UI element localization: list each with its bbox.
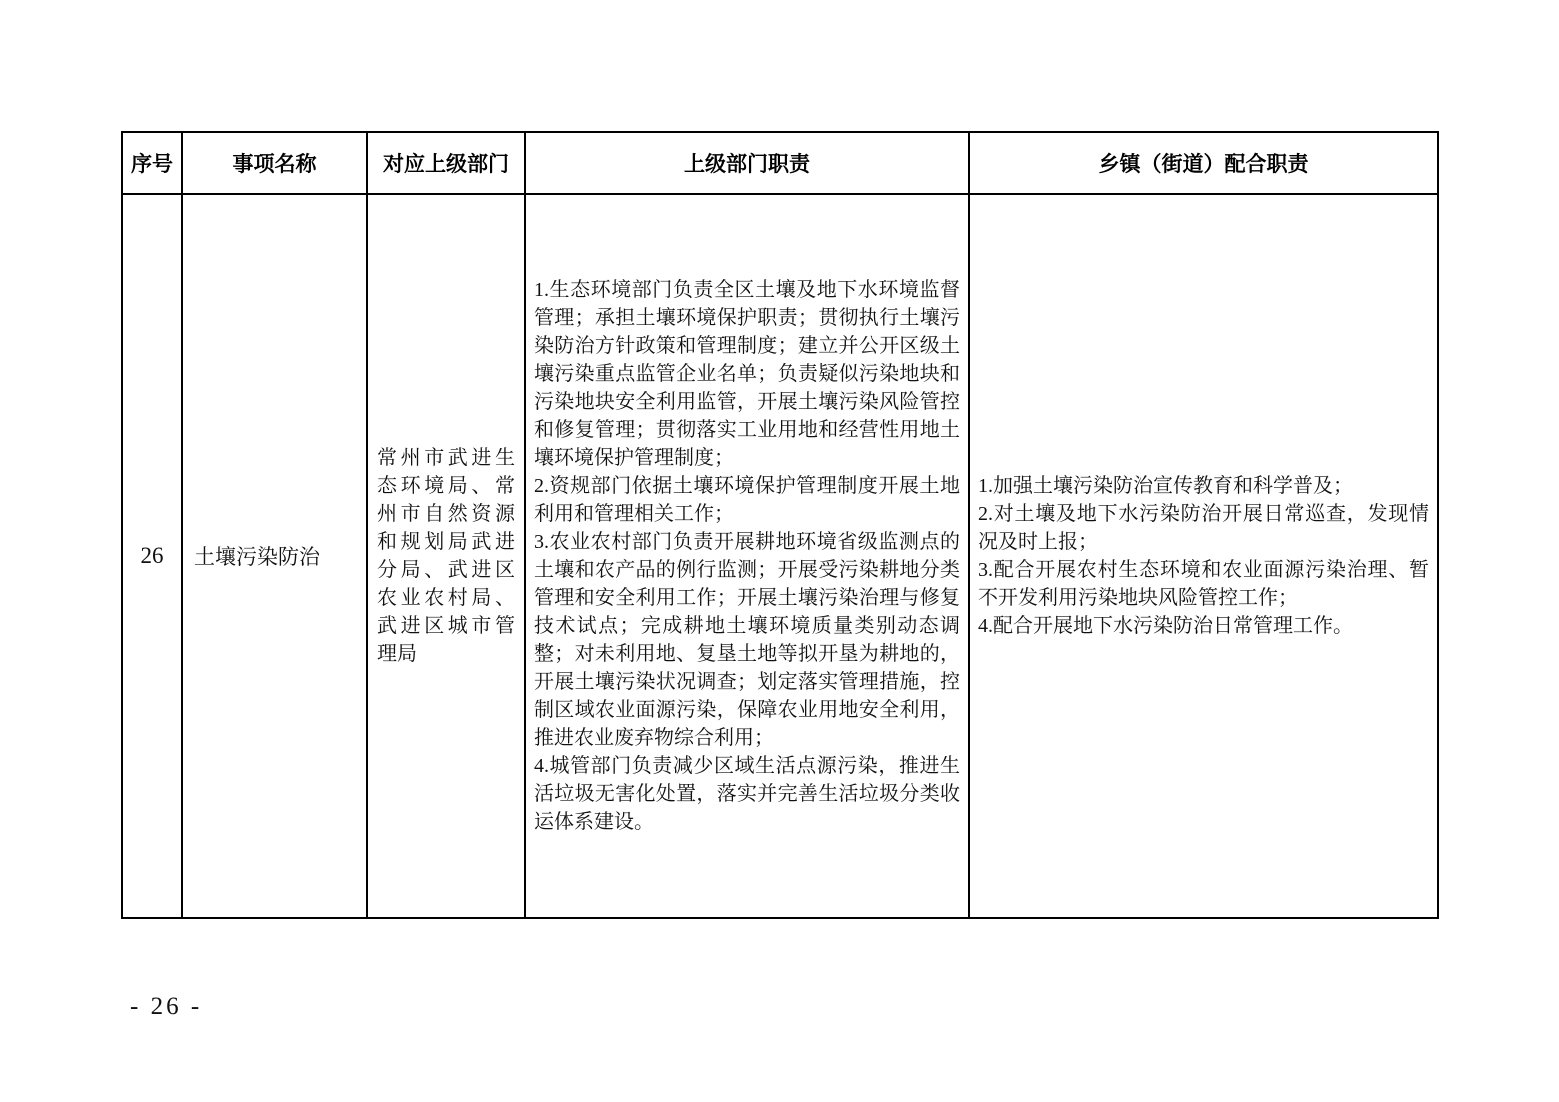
header-superior-department: 对应上级部门 — [367, 132, 525, 194]
responsibility-table: 序号 事项名称 对应上级部门 上级部门职责 乡镇（街道）配合职责 26 土壤污染… — [121, 131, 1439, 919]
row-superior-departments: 常州市武进生态环境局、常州市自然资源和规划局武进分局、武进区农业农村局、武进区城… — [367, 194, 525, 918]
header-superior-duties: 上级部门职责 — [525, 132, 969, 194]
header-item-name: 事项名称 — [182, 132, 367, 194]
header-township-duties: 乡镇（街道）配合职责 — [969, 132, 1438, 194]
row-township-duties: 1.加强土壤污染防治宣传教育和科学普及； 2.对土壤及地下水污染防治开展日常巡查… — [969, 194, 1438, 918]
row-item-name: 土壤污染防治 — [182, 194, 367, 918]
table-row: 26 土壤污染防治 常州市武进生态环境局、常州市自然资源和规划局武进分局、武进区… — [122, 194, 1438, 918]
table-header-row: 序号 事项名称 对应上级部门 上级部门职责 乡镇（街道）配合职责 — [122, 132, 1438, 194]
row-index: 26 — [122, 194, 182, 918]
row-superior-duties: 1.生态环境部门负责全区土壤及地下水环境监督管理；承担土壤环境保护职责；贯彻执行… — [525, 194, 969, 918]
page-number: - 26 - — [130, 993, 202, 1021]
header-index: 序号 — [122, 132, 182, 194]
document-page: { "table": { "headers": [ "序号", "事项名称", … — [0, 0, 1559, 1102]
